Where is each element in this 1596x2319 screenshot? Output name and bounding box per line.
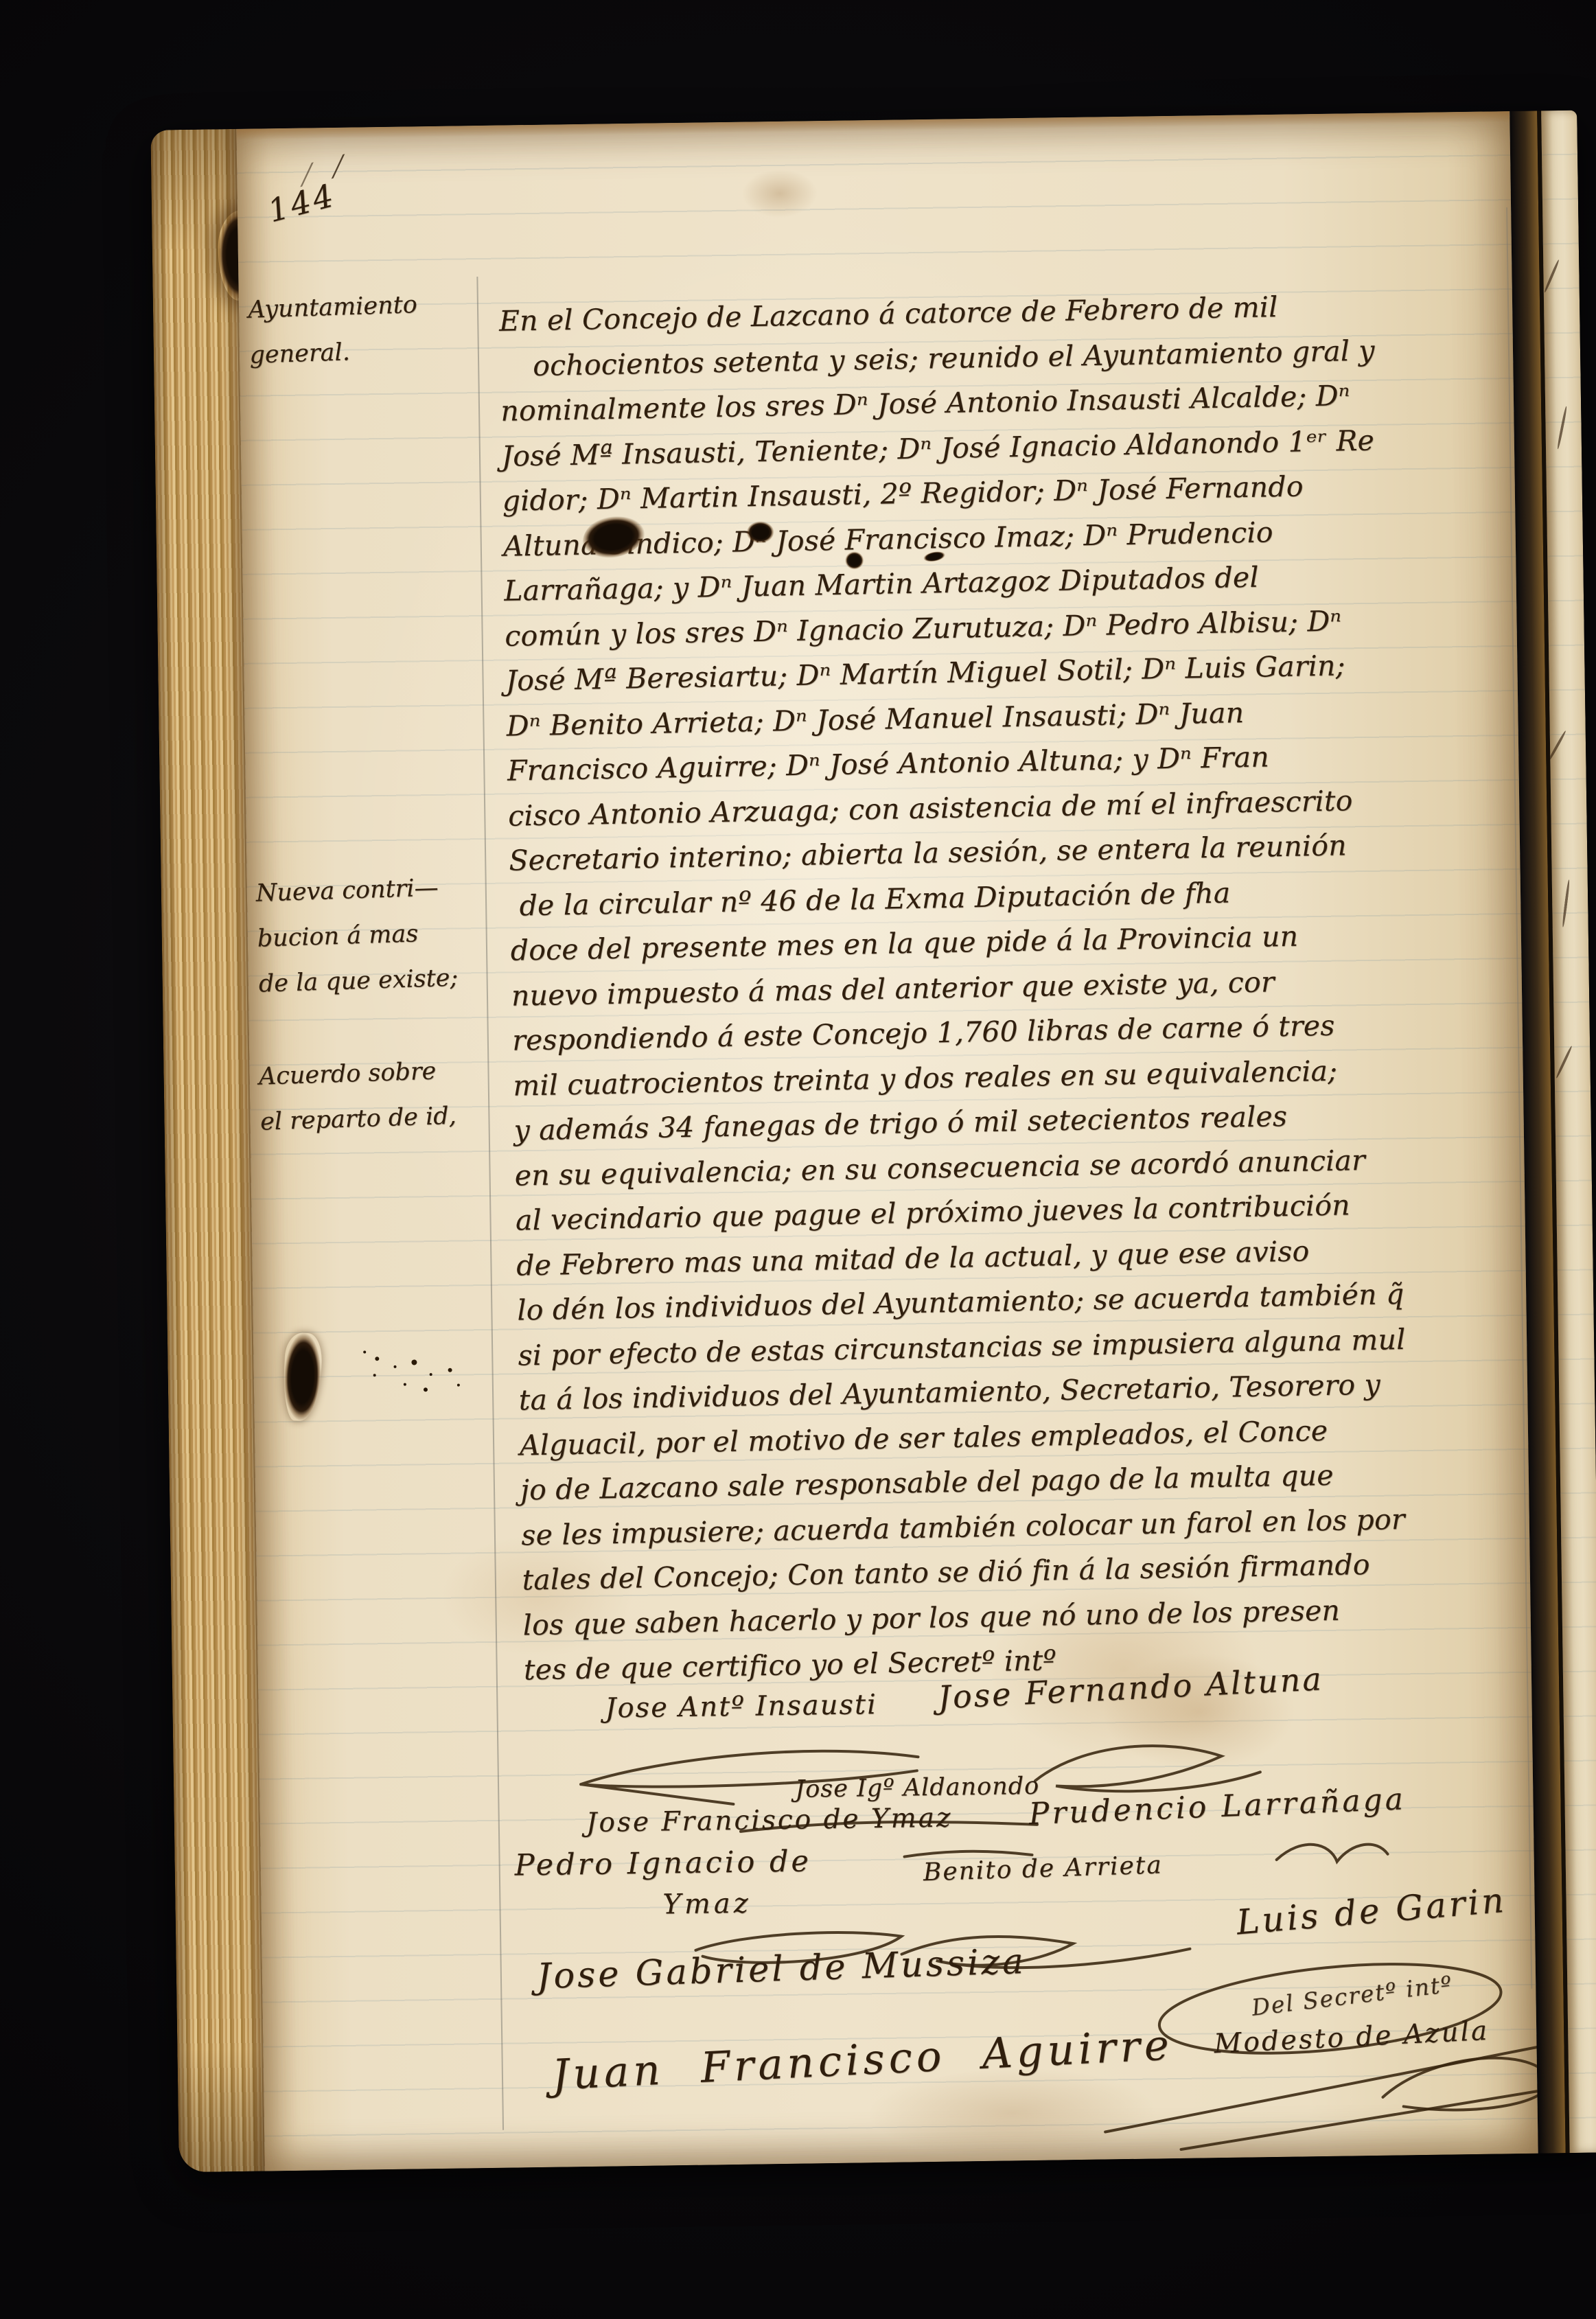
margin-note-ayuntamiento: Ayuntamiento general. <box>247 280 490 378</box>
paper-stain <box>741 169 818 218</box>
rubric-flourish <box>1276 1843 1387 1862</box>
margin-note-line: el reparto de id, <box>259 1092 501 1145</box>
margin-note-line: de la que existe; <box>258 954 500 1007</box>
margin-note-line: bucion á mas <box>257 909 498 962</box>
page-number: 144 <box>264 176 340 230</box>
signature-rubrics <box>257 1614 1538 2171</box>
signature: Jose Igº Aldanondo <box>795 1773 1040 1803</box>
edge-ink-fragment <box>1547 730 1567 762</box>
manuscript-page: 144 Ayuntamiento general. Nueva contri— … <box>236 111 1538 2171</box>
body-text: En el Concejo de Lazcano á catorce de Fe… <box>498 281 1536 1693</box>
signature: Ymaz <box>662 1888 752 1921</box>
signature: Jose Francisco de Ymaz <box>586 1803 953 1838</box>
edge-ink-fragment <box>1562 879 1571 927</box>
margin-note-line: Nueva contri— <box>255 864 497 916</box>
signature: Jose Antº Insausti <box>605 1689 877 1724</box>
book: 144 Ayuntamiento general. Nueva contri— … <box>150 111 1596 2173</box>
manuscript-photo: 144 Ayuntamiento general. Nueva contri— … <box>0 0 1596 2319</box>
ink-blot-teardrop <box>282 1332 323 1422</box>
rubric-flourish <box>1034 1744 1260 1792</box>
margin-note-acuerdo-reparto: Acuerdo sobre el reparto de id, <box>258 1047 501 1145</box>
edge-ink-fragment <box>1543 259 1560 292</box>
signature: Pedro Ignacio de <box>514 1844 811 1882</box>
margin-note-line: Ayuntamiento <box>247 280 489 333</box>
margin-note-line: general. <box>248 325 490 378</box>
ink-speckles <box>363 1350 366 1353</box>
margin-note-line: Acuerdo sobre <box>258 1047 500 1100</box>
edge-ink-fragment <box>1555 1046 1573 1079</box>
margin-note-nueva-contribucion: Nueva contri— bucion á mas de la que exi… <box>255 864 500 1007</box>
edge-ink-fragment <box>1556 406 1567 450</box>
